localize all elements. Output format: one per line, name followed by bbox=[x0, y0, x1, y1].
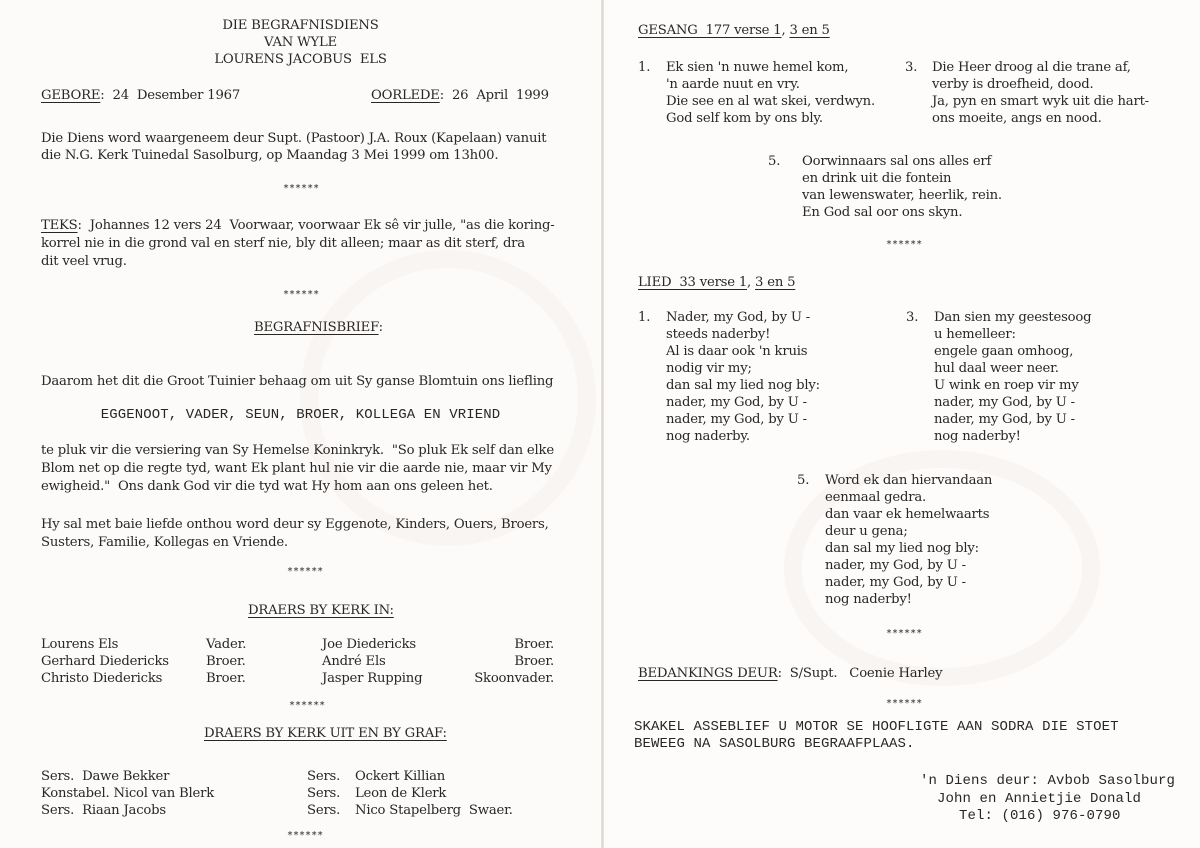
thanks-label: BEDANKINGS DEUR bbox=[638, 666, 778, 681]
scripture-label: TEKS bbox=[41, 218, 78, 233]
bearer-out-left: Sers. Dawe Bekker bbox=[41, 768, 169, 786]
bearer-name: Jasper Rupping bbox=[322, 670, 422, 688]
verse-line: Die see en al wat skei, verdwyn. bbox=[666, 93, 875, 111]
born-value: 24 Desember 1967 bbox=[113, 88, 241, 103]
separator: ****** bbox=[289, 700, 325, 711]
verse-line: nader, my God, by U - bbox=[934, 411, 1075, 429]
bearer-relation: Skoonvader. bbox=[450, 670, 554, 688]
credit-line-1: 'n Diens deur: Avbob Sasolburg bbox=[920, 773, 1175, 791]
verse-number: 5. bbox=[768, 153, 780, 171]
notice-line-2: BEWEEG NA SASOLBURG BEGRAAFPLAAS. bbox=[634, 736, 915, 754]
born-label: GEBORE bbox=[41, 88, 100, 103]
verse-line: nader, my God, by U - bbox=[666, 394, 807, 412]
scripture-line-1: TEKS: Johannes 12 vers 24 Voorwaar, voor… bbox=[41, 217, 555, 235]
service-line-2: die N.G. Kerk Tuinedal Sasolburg, op Maa… bbox=[41, 147, 498, 165]
verse-line: nog naderby! bbox=[934, 428, 1021, 446]
separator: ****** bbox=[886, 698, 922, 709]
title-line-2: VAN WYLE bbox=[0, 34, 601, 52]
verse-line: dan sal my lied nog bly: bbox=[666, 377, 820, 395]
verse-line: eenmaal gedra. bbox=[825, 489, 926, 507]
separator: ****** bbox=[287, 566, 323, 577]
thanks-row: BEDANKINGS DEUR: S/Supt. Coenie Harley bbox=[638, 665, 942, 683]
verse-line: nog naderby. bbox=[666, 428, 750, 446]
verse-line: God self kom by ons bly. bbox=[666, 110, 823, 128]
verse-line: nodig vir my; bbox=[666, 360, 752, 378]
bearers-in-heading: DRAERS BY KERK IN: bbox=[248, 602, 394, 620]
service-line-1: Die Diens word waargeneem deur Supt. (Pa… bbox=[41, 130, 546, 148]
died-value: 26 April 1999 bbox=[452, 88, 549, 103]
letter-body-3: ewigheid." Ons dank God vir die tyd wat … bbox=[41, 478, 493, 496]
bearer-name: Lourens Els bbox=[41, 636, 118, 654]
thanks-value: : S/Supt. Coenie Harley bbox=[778, 666, 943, 681]
bearer-out-left: Konstabel. Nicol van Blerk bbox=[41, 785, 214, 803]
bearer-relation: Broer. bbox=[450, 636, 554, 654]
separator: ****** bbox=[886, 628, 922, 639]
verse-number: 1. bbox=[638, 309, 650, 327]
letter-body-1: te pluk vir die versiering van Sy Hemels… bbox=[41, 442, 554, 460]
died-row: OORLEDE: 26 April 1999 bbox=[371, 87, 549, 105]
bearer-relation: Broer. bbox=[450, 653, 554, 671]
credit-line-3: Tel: (016) 976-0790 bbox=[959, 808, 1121, 826]
letter-body-2: Blom net op die regte tyd, want Ek plant… bbox=[41, 460, 552, 478]
verse-line: Ek sien 'n nuwe hemel kom, bbox=[666, 59, 848, 77]
hymn1-heading: GESANG 177 verse 1, 3 en 5 bbox=[638, 22, 830, 40]
born-row: GEBORE: 24 Desember 1967 bbox=[41, 87, 240, 105]
verse-number: 5. bbox=[797, 472, 809, 490]
verse-number: 1. bbox=[638, 59, 650, 77]
bearer-out-title: Sers. bbox=[307, 802, 340, 820]
bearer-name: Gerhard Diedericks bbox=[41, 653, 169, 671]
verse-line: u hemelleer: bbox=[934, 326, 1016, 344]
verse-line: van lewenswater, heerlik, rein. bbox=[802, 187, 1002, 205]
bearer-relation: Broer. bbox=[206, 653, 246, 671]
verse-line: verby is droefheid, dood. bbox=[932, 76, 1094, 94]
letter-intro: Daarom het dit die Groot Tuinier behaag … bbox=[41, 373, 553, 391]
bearer-out-name: Leon de Klerk bbox=[355, 785, 446, 803]
verse-line: Die Heer droog al die trane af, bbox=[932, 59, 1131, 77]
verse-line: U wink en roep vir my bbox=[934, 377, 1079, 395]
bearer-out-name: Nico Stapelberg Swaer. bbox=[355, 802, 513, 820]
roles-line: EGGENOOT, VADER, SEUN, BROER, KOLLEGA EN… bbox=[0, 407, 601, 425]
notice-line-1: SKAKEL ASSEBLIEF U MOTOR SE HOOFLIGTE AA… bbox=[634, 719, 1119, 737]
right-page: GESANG 177 verse 1, 3 en 5 1. Ek sien 'n… bbox=[604, 0, 1200, 848]
left-page: DIE BEGRAFNISDIENS VAN WYLE LOURENS JACO… bbox=[0, 0, 601, 848]
remembered-line-2: Susters, Familie, Kollegas en Vriende. bbox=[41, 534, 288, 552]
title-line-1: DIE BEGRAFNISDIENS bbox=[0, 17, 601, 35]
bearer-relation: Broer. bbox=[206, 670, 246, 688]
title-line-3: LOURENS JACOBUS ELS bbox=[0, 51, 601, 69]
verse-line: nader, my God, by U - bbox=[934, 394, 1075, 412]
died-label: OORLEDE bbox=[371, 88, 440, 103]
verse-line: steeds naderby! bbox=[666, 326, 770, 344]
verse-number: 3. bbox=[905, 59, 917, 77]
verse-number: 3. bbox=[906, 309, 918, 327]
verse-line: nader, my God, by U - bbox=[825, 574, 966, 592]
verse-line: engele gaan omhoog, bbox=[934, 343, 1073, 361]
verse-line: 'n aarde nuut en vry. bbox=[666, 76, 800, 94]
verse-line: deur u gena; bbox=[825, 523, 908, 541]
bearer-name: Christo Diedericks bbox=[41, 670, 162, 688]
verse-line: Oorwinnaars sal ons alles erf bbox=[802, 153, 991, 171]
verse-line: En God sal oor ons skyn. bbox=[802, 204, 962, 222]
verse-line: dan vaar ek hemelwaarts bbox=[825, 506, 989, 524]
scripture-line-3: dit veel vrug. bbox=[41, 253, 127, 271]
verse-line: dan sal my lied nog bly: bbox=[825, 540, 979, 558]
remembered-line-1: Hy sal met baie liefde onthou word deur … bbox=[41, 516, 549, 534]
verse-line: ons moeite, angs en nood. bbox=[932, 110, 1102, 128]
credit-line-2: John en Annietjie Donald bbox=[937, 791, 1141, 809]
background-watermark bbox=[300, 250, 596, 546]
letter-heading: BEGRAFNISBRIEF: bbox=[254, 319, 383, 337]
bearer-out-name: Ockert Killian bbox=[355, 768, 445, 786]
verse-line: en drink uit die fontein bbox=[802, 170, 951, 188]
bearer-name: André Els bbox=[322, 653, 386, 671]
verse-line: Nader, my God, by U - bbox=[666, 309, 810, 327]
verse-line: Dan sien my geestesoog bbox=[934, 309, 1091, 327]
verse-line: nader, my God, by U - bbox=[666, 411, 807, 429]
bearer-out-title: Sers. bbox=[307, 785, 340, 803]
bearer-name: Joe Diedericks bbox=[322, 636, 416, 654]
bearer-relation: Vader. bbox=[206, 636, 246, 654]
scripture-line-2: korrel nie in die grond val en sterf nie… bbox=[41, 235, 525, 253]
verse-line: nog naderby! bbox=[825, 591, 912, 609]
verse-line: nader, my God, by U - bbox=[825, 557, 966, 575]
verse-line: Al is daar ook 'n kruis bbox=[666, 343, 807, 361]
bearer-out-title: Sers. bbox=[307, 768, 340, 786]
hymn2-heading: LIED 33 verse 1, 3 en 5 bbox=[638, 274, 795, 292]
verse-line: Word ek dan hiervandaan bbox=[825, 472, 992, 490]
bearers-out-heading: DRAERS BY KERK UIT EN BY GRAF: bbox=[204, 725, 447, 743]
verse-line: hul daal weer neer. bbox=[934, 360, 1059, 378]
separator: ****** bbox=[886, 239, 922, 250]
verse-line: Ja, pyn en smart wyk uit die hart- bbox=[932, 93, 1149, 111]
bearer-out-left: Sers. Riaan Jacobs bbox=[41, 802, 166, 820]
separator: ****** bbox=[283, 183, 319, 194]
separator: ****** bbox=[283, 289, 319, 300]
separator: ****** bbox=[287, 830, 323, 841]
